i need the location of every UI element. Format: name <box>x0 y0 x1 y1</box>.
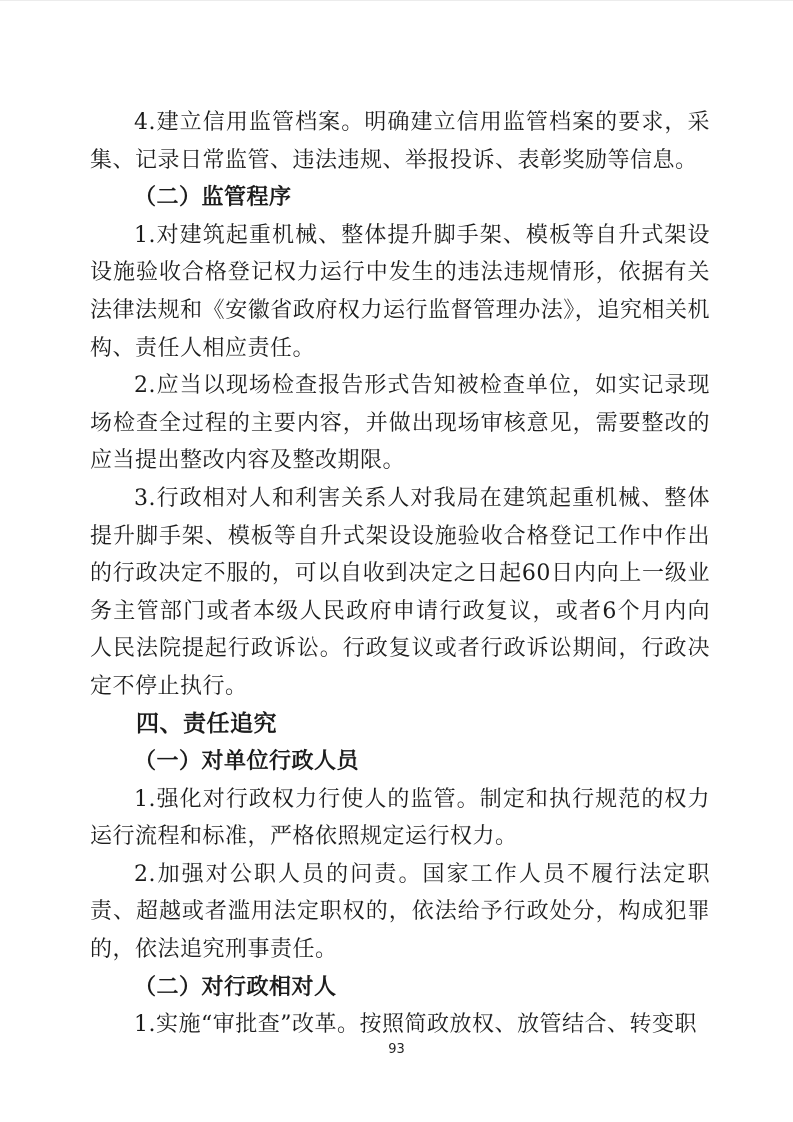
paragraph-subheading: （二）对行政相对人 <box>90 969 710 1007</box>
paragraph-body: 4.建立信用监管档案。明确建立信用监管档案的要求，采集、记录日常监管、违法违规、… <box>90 104 710 179</box>
paragraph-body: 2.应当以现场检查报告形式告知被检查单位，如实记录现场检查全过程的主要内容，并做… <box>90 367 710 480</box>
paragraph-body: 1.强化对行政权力行使人的监管。制定和执行规范的权力运行流程和标准，严格依照规定… <box>90 781 710 856</box>
document-page: 4.建立信用监管档案。明确建立信用监管档案的要求，采集、记录日常监管、违法违规、… <box>0 0 793 1122</box>
paragraph-subheading: （二）监管程序 <box>90 179 710 217</box>
page-footer: 93 <box>0 1042 793 1057</box>
paragraph-body: 1.实施“审批查”改革。按照简政放权、放管结合、转变职 <box>90 1006 710 1044</box>
paragraph-body: 3.行政相对人和利害关系人对我局在建筑起重机械、整体提升脚手架、模板等自升式架设… <box>90 480 710 706</box>
page-number: 93 <box>388 1042 405 1057</box>
paragraph-heading: 四、责任追究 <box>90 706 710 744</box>
paragraph-body: 1.对建筑起重机械、整体提升脚手架、模板等自升式架设设施验收合格登记权力运行中发… <box>90 217 710 367</box>
paragraph-body: 2.加强对公职人员的问责。国家工作人员不履行法定职责、超越或者滥用法定职权的，依… <box>90 856 710 969</box>
paragraph-subheading: （一）对单位行政人员 <box>90 743 710 781</box>
document-content: 4.建立信用监管档案。明确建立信用监管档案的要求，采集、记录日常监管、违法违规、… <box>90 104 710 1044</box>
